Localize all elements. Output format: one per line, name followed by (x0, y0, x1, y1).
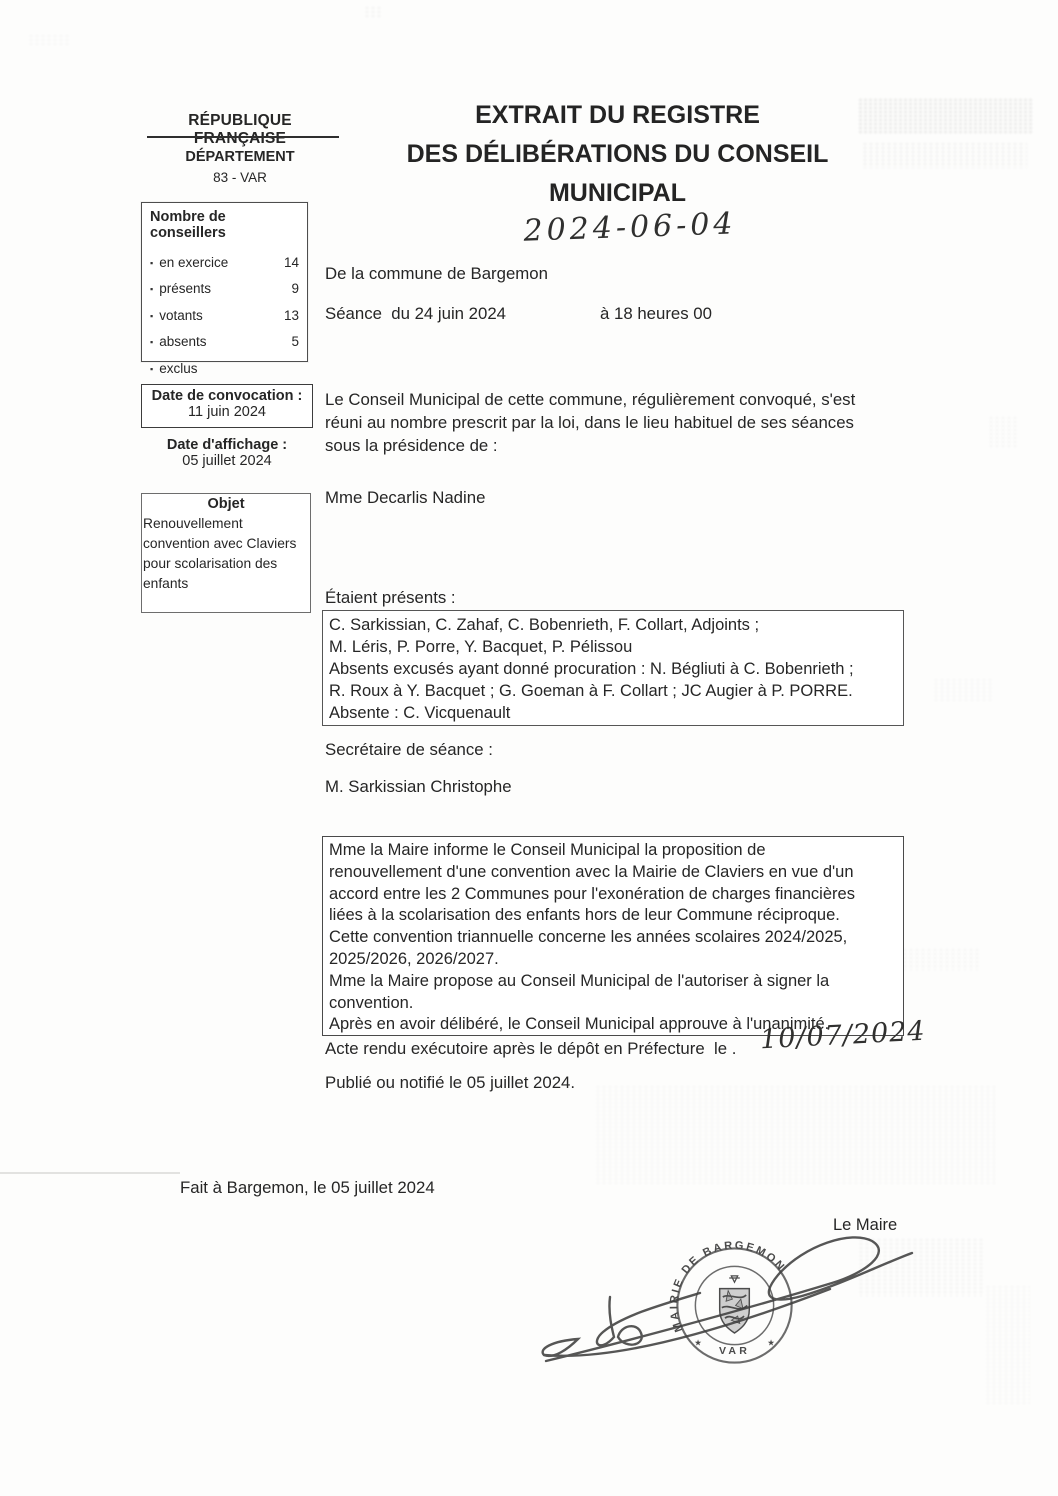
counselor-row: absents 5 (150, 329, 299, 356)
heading-rule (147, 136, 339, 138)
deliberation-line: renouvellement d'une convention avec la … (329, 862, 897, 884)
presence-line: M. Léris, P. Porre, Y. Bacquet, P. Pélis… (329, 636, 897, 658)
intro-paragraph: Le Conseil Municipal de cette commune, r… (325, 388, 855, 457)
scan-artifact (28, 34, 70, 46)
signature-graphic (530, 1203, 970, 1393)
deliberation-line: Mme la Maire propose au Conseil Municipa… (329, 971, 897, 993)
convocation-label: Date de convocation : (142, 388, 312, 404)
scan-artifact (985, 1285, 1030, 1405)
presence-line: Absents excusés ayant donné procuration … (329, 658, 897, 680)
secretary-label: Secrétaire de séance : (325, 740, 493, 760)
counselor-value: 5 (291, 334, 299, 349)
counselor-value: 13 (284, 308, 299, 323)
counselor-label: exclus (150, 361, 197, 376)
display-date-label: Date d'affichage : (141, 437, 313, 453)
counselor-value: 9 (291, 281, 299, 296)
document-page: RÉPUBLIQUE FRANÇAISE DÉPARTEMENT 83 - VA… (0, 0, 1058, 1496)
objet-text-line: convention avec Claviers (143, 534, 309, 554)
mayor-signature (530, 1203, 970, 1393)
publication-line: Publié ou notifié le 05 juillet 2024. (325, 1073, 575, 1093)
intro-line: Le Conseil Municipal de cette commune, r… (325, 388, 855, 411)
counselor-row: votants 13 (150, 302, 299, 329)
seance-date-line: Séance du 24 juin 2024 (325, 304, 506, 324)
department-label: DÉPARTEMENT (140, 149, 340, 165)
counselor-label: absents (150, 334, 207, 349)
acte-executoire-line: Acte rendu exécutoire après le dépôt en … (325, 1039, 736, 1059)
counselor-value: 14 (284, 255, 299, 270)
scan-artifact (0, 1172, 180, 1174)
convocation-value: 11 juin 2024 (142, 404, 312, 420)
scan-artifact (595, 1085, 995, 1185)
president-name: Mme Decarlis Nadine (325, 488, 485, 508)
title-line-1: EXTRAIT DU REGISTRE (335, 96, 900, 135)
objet-title: Objet (143, 496, 309, 512)
deliberation-line: convention. (329, 993, 897, 1015)
presence-line: R. Roux à Y. Bacquet ; G. Goeman à F. Co… (329, 680, 897, 702)
deliberation-line: liées à la scolarisation des enfants hor… (329, 905, 897, 927)
presence-line: C. Sarkissian, C. Zahaf, C. Bobenrieth, … (329, 614, 897, 636)
counselors-box: Nombre de conseillers en exercice 14 pré… (141, 202, 308, 362)
display-date-value: 05 juillet 2024 (141, 453, 313, 469)
scan-artifact (988, 416, 1016, 448)
objet-box: Objet Renouvellement convention avec Cla… (141, 493, 311, 613)
deliberation-line: Mme la Maire informe le Conseil Municipa… (329, 840, 897, 862)
objet-text-line: pour scolarisation des (143, 554, 309, 574)
secretary-name: M. Sarkissian Christophe (325, 777, 512, 797)
title-line-3: MUNICIPAL (335, 174, 900, 213)
presence-box: C. Sarkissian, C. Zahaf, C. Bobenrieth, … (322, 610, 904, 726)
objet-text-line: enfants (143, 574, 309, 594)
counselor-label: présents (150, 281, 211, 296)
commune-line: De la commune de Bargemon (325, 264, 548, 284)
scan-artifact (933, 678, 995, 702)
scan-artifact (364, 6, 384, 18)
objet-text-line: Renouvellement (143, 514, 309, 534)
counselor-row: présents 9 (150, 276, 299, 303)
department-value: 83 - VAR (140, 170, 340, 185)
counselors-title: Nombre de conseillers (150, 209, 299, 241)
presents-label: Étaient présents : (325, 588, 456, 608)
intro-line: sous la présidence de : (325, 434, 855, 457)
title-line-2: DES DÉLIBÉRATIONS DU CONSEIL (335, 135, 900, 174)
republic-heading: RÉPUBLIQUE FRANÇAISE (140, 112, 340, 148)
counselor-label: en exercice (150, 255, 228, 270)
display-date: Date d'affichage : 05 juillet 2024 (141, 437, 313, 469)
counselor-row: exclus (150, 355, 299, 382)
convocation-box: Date de convocation : 11 juin 2024 (141, 384, 313, 428)
intro-line: réuni au nombre prescrit par la loi, dan… (325, 411, 855, 434)
counselor-row: en exercice 14 (150, 249, 299, 276)
seance-time: à 18 heures 00 (600, 304, 712, 324)
counselor-label: votants (150, 308, 203, 323)
place-and-date-line: Fait à Bargemon, le 05 juillet 2024 (180, 1178, 435, 1198)
presence-line: Absente : C. Vicquenault (329, 702, 897, 724)
deliberation-line: Cette convention triannuelle concerne le… (329, 927, 897, 949)
deliberation-box: Mme la Maire informe le Conseil Municipa… (322, 836, 904, 1036)
deliberation-line: accord entre les 2 Communes pour l'exoné… (329, 884, 897, 906)
deliberation-line: 2025/2026, 2026/2027. (329, 949, 897, 971)
document-title: EXTRAIT DU REGISTRE DES DÉLIBÉRATIONS DU… (335, 96, 900, 213)
